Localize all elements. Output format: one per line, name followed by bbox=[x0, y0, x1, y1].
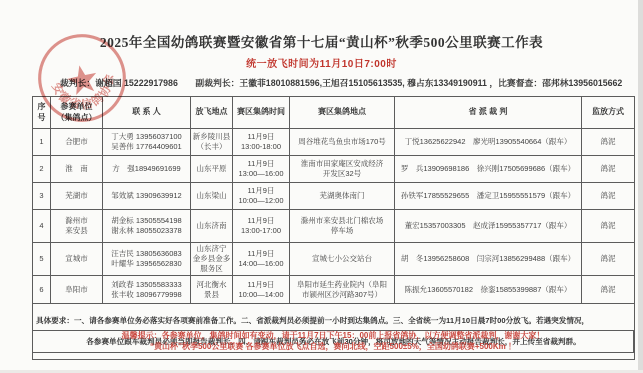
cell-time: 11月9日 13:00-18:00 bbox=[233, 129, 290, 156]
release-time-line: 统一放飞时间为11月10日7:00时 bbox=[0, 55, 643, 70]
header-row: 序号 参赛单位 （集鸽点） 联 系 人 放飞地点 赛区集鸽时间 赛区集鸽地点 省… bbox=[33, 97, 635, 129]
table-row: 5 宣城市 汪吉民 13805636083 叶耀华 13956562830 山东… bbox=[33, 243, 635, 276]
col-header-no: 序号 bbox=[33, 97, 51, 129]
cell-unit: 淮 南 bbox=[51, 156, 103, 183]
cell-method: 鸽泥 bbox=[582, 276, 635, 304]
cell-site: 山东梁山 bbox=[191, 183, 233, 210]
cell-place: 周谷堆花鸟鱼虫市场170号 bbox=[290, 129, 395, 156]
cell-site: 山东济南 bbox=[191, 210, 233, 243]
cell-judge: 孙铁军17855529655 潘定卫15955551579（跟车） bbox=[395, 183, 582, 210]
cell-contact: 刘政春 13505583333 张丰收 18096779998 bbox=[103, 276, 191, 304]
cell-no: 4 bbox=[33, 210, 51, 243]
table-row: 4 滁州市 来安县 胡金标 13505554198 谢永林 1805502337… bbox=[33, 210, 635, 243]
cell-method: 鸽泥 bbox=[582, 210, 635, 243]
col-header-contact: 联 系 人 bbox=[103, 97, 191, 129]
cell-no: 2 bbox=[33, 156, 51, 183]
cell-no: 6 bbox=[33, 276, 51, 304]
cell-method: 鸽泥 bbox=[582, 243, 635, 276]
cell-contact: 邹效斌 13909639912 bbox=[103, 183, 191, 210]
cell-judge: 胡 冬13956258608 闫宗河13856299488（跟车） bbox=[395, 243, 582, 276]
officials-line: 裁判长：谢超国 15222917986 副裁判长：王徽菲18010881596,… bbox=[60, 76, 638, 89]
cell-no: 3 bbox=[33, 183, 51, 210]
table-row: 2 淮 南 方 强18949691699 山东平原 11月9日 13:00—16… bbox=[33, 156, 635, 183]
table-row: 3 芜湖市 邹效斌 13909639912 山东梁山 11月9日 10:00—1… bbox=[33, 183, 635, 210]
cell-contact: 胡金标 13505554198 谢永林 18055023378 bbox=[103, 210, 191, 243]
col-header-unit: 参赛单位 （集鸽点） bbox=[51, 97, 103, 129]
cell-unit: 芜湖市 bbox=[51, 183, 103, 210]
cell-contact: 方 强18949691699 bbox=[103, 156, 191, 183]
cell-judge: 陈振允13605570182 徐銮15855399887（跟车） bbox=[395, 276, 582, 304]
table-row: 1 合肥市 丁大勇 13956037100 吴善伟 17764409601 新乡… bbox=[33, 129, 635, 156]
requirements-line-1: 具体要求：一、请各参赛单位务必落实好各项赛前准备工作。二、省派裁判员必须提前一小… bbox=[36, 316, 631, 327]
cell-unit: 合肥市 bbox=[51, 129, 103, 156]
document-page: 安徽省信鸽协会 2025年全国幼鸽联赛暨安徽省第十七届“黄山杯”秋季500公里联… bbox=[0, 0, 643, 373]
notice-line-1: 温馨提示：各参赛单位，集鸽时间如有变动，请于11月7日下午15：00前上报省鸽协… bbox=[33, 331, 633, 342]
cell-contact: 丁大勇 13956037100 吴善伟 17764409601 bbox=[103, 129, 191, 156]
cell-no: 1 bbox=[33, 129, 51, 156]
cell-judge: 丁悦13625622942 廖光明13905540664（跟车） bbox=[395, 129, 582, 156]
cell-site: 河北衡水 景县 bbox=[191, 276, 233, 304]
cell-unit: 宣城市 bbox=[51, 243, 103, 276]
cell-method: 鸽泥 bbox=[582, 183, 635, 210]
table-row: 6 阜阳市 刘政春 13505583333 张丰收 18096779998 河北… bbox=[33, 276, 635, 304]
col-header-place: 赛区集鸽地点 bbox=[290, 97, 395, 129]
cell-site: 山东济宁 金乡县金多 服务区 bbox=[191, 243, 233, 276]
cell-unit: 阜阳市 bbox=[51, 276, 103, 304]
cell-method: 鸽泥 bbox=[582, 129, 635, 156]
cell-site: 新乡陵川县 （长丰） bbox=[191, 129, 233, 156]
cell-time: 11月9日 10:00—12:00 bbox=[233, 183, 290, 210]
work-table: 序号 参赛单位 （集鸽点） 联 系 人 放飞地点 赛区集鸽时间 赛区集鸽地点 省… bbox=[32, 96, 635, 360]
cell-place: 淮南市田家庵区安成经济 开发区32号 bbox=[290, 156, 395, 183]
cell-time: 11月9日 13:00—16:00 bbox=[233, 156, 290, 183]
cell-method: 鸽泥 bbox=[582, 156, 635, 183]
cell-time: 11月9日 10:00—14:00 bbox=[233, 276, 290, 304]
notice-box: 温馨提示：各参赛单位，集鸽时间如有变动，请于11月7日下午15：00前上报省鸽协… bbox=[32, 330, 634, 353]
col-header-time: 赛区集鸽时间 bbox=[233, 97, 290, 129]
scan-edge-right bbox=[638, 0, 643, 373]
cell-place: 芜湖奥体南门 bbox=[290, 183, 395, 210]
col-header-site: 放飞地点 bbox=[191, 97, 233, 129]
cell-judge: 董宏15357003305 赵成泽15955357717（跟车） bbox=[395, 210, 582, 243]
cell-unit: 滁州市 来安县 bbox=[51, 210, 103, 243]
cell-judge: 罗 兵13909698186 徐兴刚17505699686（跟车） bbox=[395, 156, 582, 183]
cell-place: 滁州市来安县北门棉农场 停车场 bbox=[290, 210, 395, 243]
cell-site: 山东平原 bbox=[191, 156, 233, 183]
col-header-judge: 省 派 裁 判 bbox=[395, 97, 582, 129]
cell-time: 11月9日 13:00-17:00 bbox=[233, 210, 290, 243]
notice-line-2: “黄山杯”秋季500公里联赛 各参赛单位放飞点自选，赛向北线，空距500±5%，… bbox=[33, 342, 633, 353]
cell-time: 11月9日 14:00—16:00 bbox=[233, 243, 290, 276]
cell-place: 阜阳市延生药业院内（阜阳 市颍州区沙河路307号） bbox=[290, 276, 395, 304]
cell-no: 5 bbox=[33, 243, 51, 276]
cell-contact: 汪吉民 13805636083 叶耀华 13956562830 bbox=[103, 243, 191, 276]
page-title: 2025年全国幼鸽联赛暨安徽省第十七届“黄山杯”秋季500公里联赛工作表 bbox=[0, 31, 643, 51]
col-header-method: 监放方式 bbox=[582, 97, 635, 129]
cell-place: 宣城七小公交站台 bbox=[290, 243, 395, 276]
